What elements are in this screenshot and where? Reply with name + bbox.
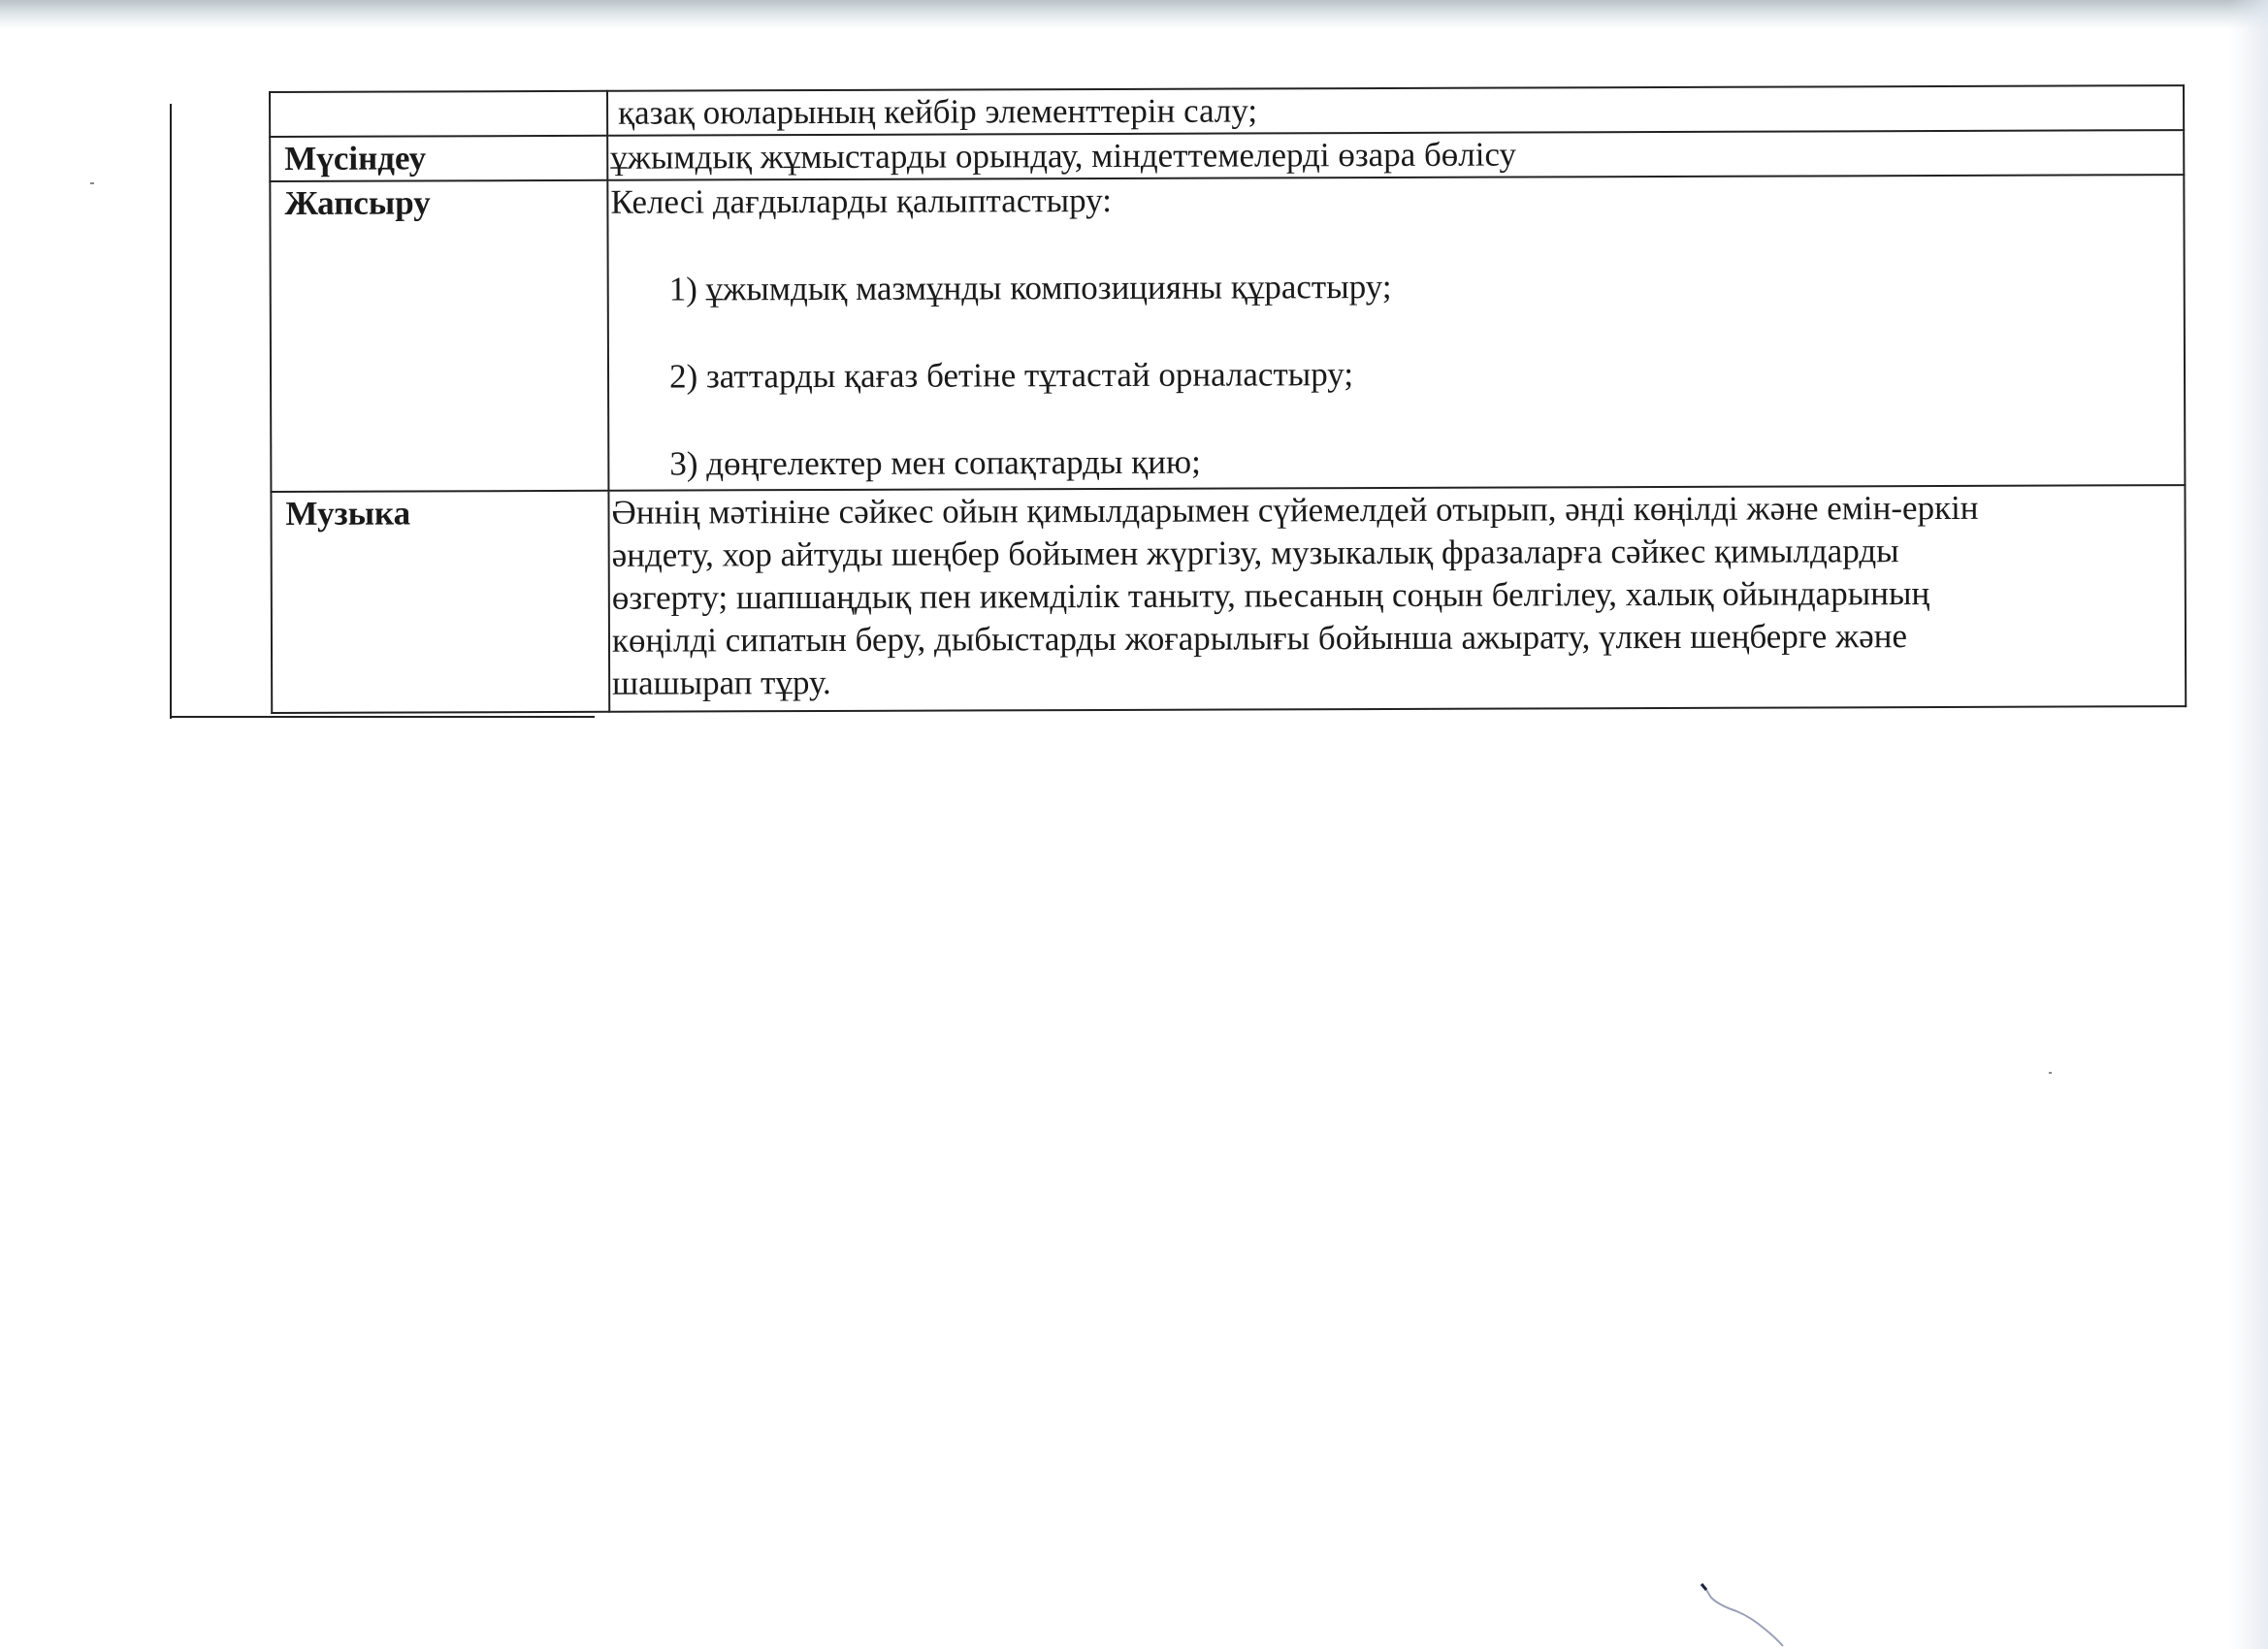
table-row-applique: Жапсыру Келесі дағдыларды қалыптастыру: …	[270, 175, 2185, 492]
table-row-music: Музыка Әннің мәтініне сәйкес ойын қимылд…	[271, 485, 2186, 713]
music-line: өзгерту; шапшаңдық пен икемділік таныту,…	[612, 571, 2126, 619]
scan-shadow-right	[2229, 0, 2268, 1649]
scan-speck	[2049, 1072, 2052, 1074]
list-item: 3) дөңгелектер мен сопақтарды қию;	[611, 437, 2184, 486]
row-content-sculpting: ұжымдық жұмыстарды орындау, міндеттемеле…	[607, 130, 2184, 180]
applique-intro: Келесі дағдыларды қалыптастыру:	[610, 176, 2183, 224]
list-item: 2) заттарды қағаз бетіне тұтастай орнала…	[611, 350, 2184, 399]
row-content-ornaments: қазақ оюларының кейбір элементтерін салу…	[607, 85, 2184, 136]
pen-mark-icon	[1698, 1576, 1814, 1649]
music-line: әндету, хор айтуды шеңбер бойымен жүргіз…	[612, 529, 2126, 576]
table-row-ornaments: қазақ оюларының кейбір элементтерін салу…	[270, 85, 2184, 137]
applique-skill-list: 1) ұжымдық мазмұнды композицияны құрасты…	[611, 263, 2185, 490]
row-label-applique: Жапсыру	[270, 180, 608, 492]
scan-shadow-top	[0, 0, 2268, 29]
row-label-empty	[270, 91, 607, 137]
music-description: Әннің мәтініне сәйкес ойын қимылдарымен …	[611, 486, 2185, 705]
outer-table-left-border	[170, 104, 172, 719]
row-label-sculpting: Мүсіндеу	[270, 136, 607, 181]
row-label-music: Музыка	[271, 491, 609, 713]
scan-speck	[90, 182, 94, 184]
list-item: 1) ұжымдық мазмұнды композицияны құрасты…	[611, 263, 2184, 311]
music-line: шашырап тұру.	[612, 657, 2126, 704]
row-content-applique: Келесі дағдыларды қалыптастыру: 1) ұжымд…	[607, 175, 2185, 491]
table-row-sculpting: Мүсіндеу ұжымдық жұмыстарды орындау, мін…	[270, 130, 2184, 181]
music-line: көңілді сипатын беру, дыбыстарды жоғарыл…	[612, 614, 2126, 662]
curriculum-table: қазақ оюларының кейбір элементтерін салу…	[269, 84, 2187, 714]
outer-table-bottom-border	[170, 716, 595, 718]
music-line: Әннің мәтініне сәйкес ойын қимылдарымен …	[611, 486, 2125, 533]
ornaments-text: қазақ оюларының кейбір элементтерін салу…	[610, 86, 2183, 135]
row-content-music: Әннің мәтініне сәйкес ойын қимылдарымен …	[608, 485, 2186, 712]
